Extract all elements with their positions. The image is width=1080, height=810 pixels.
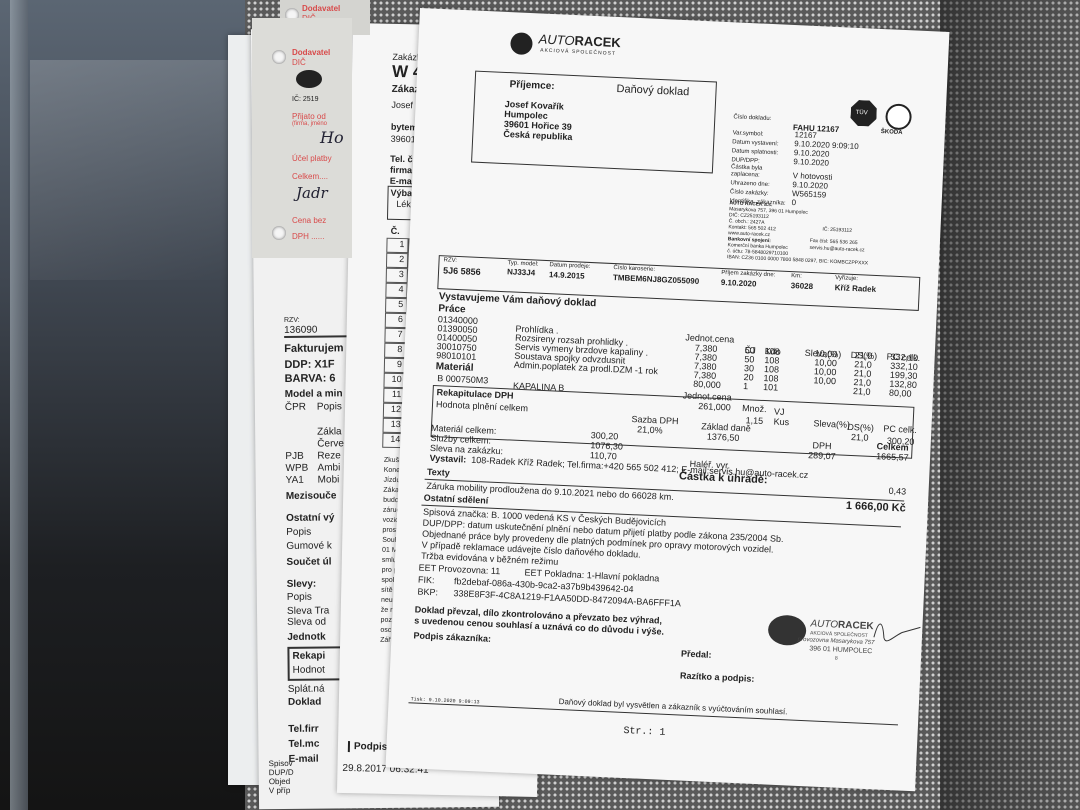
col-cpr: ČPR bbox=[285, 402, 306, 413]
received-date: 9.10.2020 bbox=[721, 278, 757, 289]
popis-2: Popis bbox=[287, 592, 312, 603]
handwriting: Jadr bbox=[296, 184, 328, 202]
handed-label: Předal: bbox=[681, 649, 712, 660]
rounding-value: 0,43 bbox=[888, 486, 906, 497]
subtotal: Mezisouče bbox=[286, 490, 337, 502]
punch-hole bbox=[272, 50, 286, 64]
work-row-cj: 1 bbox=[743, 381, 748, 391]
ddp: DDP: X1F bbox=[284, 358, 334, 371]
due: Splát.ná bbox=[288, 684, 325, 695]
amount-due-value: 1 666,00 Kč bbox=[846, 500, 906, 515]
model-label: Model a min bbox=[285, 388, 343, 400]
invoice-heading: Fakturujem bbox=[284, 342, 343, 355]
material-code: B 000750M3 bbox=[437, 373, 488, 385]
work-row-price: 80,000 bbox=[693, 379, 721, 390]
seat-shadow bbox=[940, 0, 1080, 810]
rzv-label: RZV: bbox=[284, 317, 300, 324]
customer-signature-label: Podpis zákazníka: bbox=[413, 630, 491, 644]
work-order-row-number: 1 bbox=[386, 238, 408, 253]
rubber: Gumové k bbox=[286, 540, 332, 551]
supplier-label: Dodavatel bbox=[292, 48, 330, 57]
skoda-logo-icon bbox=[885, 103, 912, 130]
folder-reflection bbox=[30, 60, 230, 280]
discounts-label: Slevy: bbox=[287, 579, 317, 590]
other-heading: Ostatní sdělení bbox=[424, 493, 489, 506]
recap-vat: 289,07 bbox=[808, 450, 836, 461]
col-no: Č. bbox=[391, 226, 400, 236]
mileage: 36028 bbox=[791, 281, 814, 291]
purpose-label: Účel platby bbox=[292, 154, 332, 163]
doc-number-label: Číslo dokladu: bbox=[733, 114, 771, 122]
doc: Doklad bbox=[288, 697, 321, 708]
work-items: Prohlídka .Rozsireny rozsah prohlidky .S… bbox=[514, 325, 660, 376]
work-row-vat: 21,0 bbox=[853, 386, 871, 397]
license-plate: 5J6 5856 bbox=[443, 265, 481, 277]
texts-heading: Texty bbox=[427, 467, 450, 478]
work-code: 98010101 bbox=[436, 351, 476, 362]
work-row-disc: 10,00 bbox=[813, 375, 836, 386]
tel-mob: Tel.mc bbox=[288, 739, 319, 750]
skoda-label: ŠKODA bbox=[881, 129, 903, 136]
autoracek-logo-icon bbox=[296, 70, 322, 88]
recipient-label: Příjemce: bbox=[509, 79, 554, 92]
autoracek-logo-icon bbox=[510, 32, 533, 55]
page-number: Str.: 1 bbox=[623, 726, 665, 739]
recap-rate: 21,0% bbox=[637, 424, 663, 435]
material-heading: Materiál bbox=[436, 361, 474, 374]
work-row-total: 80,00 bbox=[889, 388, 912, 399]
stamp-label: Razítko a podpis: bbox=[680, 670, 755, 683]
footer-lines: Spisov DUP/D Objed V příp bbox=[269, 759, 294, 795]
stamp-line-2: 396 01 HUMPOLEC bbox=[809, 645, 872, 655]
received-sub: (firma, jméno bbox=[292, 121, 327, 127]
sum-label: Součet úl bbox=[286, 556, 331, 567]
work-codes: 0134000001390050014000503001075098010101 bbox=[436, 315, 478, 362]
work-order-row-number: 5 bbox=[385, 298, 407, 313]
other-label: Ostatní vý bbox=[286, 512, 334, 524]
dic-label: DIČ bbox=[292, 58, 306, 67]
punch-hole bbox=[272, 226, 286, 240]
work-order-row-number: 7 bbox=[384, 328, 406, 343]
work-order-row-number: 2 bbox=[386, 253, 408, 268]
unit-label: Jednotk bbox=[287, 632, 325, 643]
tel-firm: Tel.firr bbox=[288, 724, 319, 735]
value: Hodnot bbox=[293, 665, 325, 676]
plastic-folder bbox=[0, 0, 245, 810]
vat-label: DPH ...... bbox=[292, 232, 324, 241]
price-label: Cena bez bbox=[292, 216, 326, 225]
vin: TMBEM6NJ8GZ055090 bbox=[613, 273, 700, 286]
invoice-meta: Var.symbol:12167Datum vystavení:9.10.202… bbox=[729, 128, 859, 211]
total-label: Celkem.... bbox=[292, 172, 328, 181]
bkp-label: BKP: bbox=[417, 586, 438, 597]
handler: Kříž Radek bbox=[835, 283, 877, 294]
col-popis: Popis bbox=[317, 401, 342, 412]
work-order-row-number: 4 bbox=[385, 283, 407, 298]
received-from-label: Přijato od bbox=[292, 112, 326, 121]
recap-base: 1376,50 bbox=[707, 431, 740, 442]
items-list: Zákla Červe PJBReze WPBAmbi YA1Mobi bbox=[285, 426, 344, 487]
zip: 39601 bbox=[391, 134, 416, 145]
vehicle-model: NJ33J4 bbox=[507, 267, 535, 277]
discount-2: Sleva od bbox=[287, 617, 326, 628]
recap: Rekapi bbox=[292, 651, 325, 662]
supplier-label: Dodavatel bbox=[302, 4, 340, 13]
recipient-address: Josef Kovařík Humpolec 39601 Hořice 39 Č… bbox=[503, 99, 574, 142]
stamp-line-3: 8 bbox=[835, 655, 838, 661]
receipt-slip: Dodavatel DIČ IČ: 2519 Přijato od (firma… bbox=[252, 18, 352, 258]
ic: IČ: 2519 bbox=[292, 96, 318, 103]
discount-1: Sleva Tra bbox=[287, 605, 329, 616]
work-order-row-number: 3 bbox=[386, 268, 408, 283]
work-order-row-number: 6 bbox=[385, 313, 407, 328]
popis: Popis bbox=[286, 527, 311, 538]
tuv-label: TÜV bbox=[856, 110, 868, 117]
color: BARVA: 6 bbox=[285, 372, 336, 385]
recap-total: 1665,57 bbox=[876, 451, 909, 462]
handwriting: Ho bbox=[320, 128, 344, 147]
work-order-row-number: 8 bbox=[384, 343, 406, 358]
signature-icon bbox=[871, 617, 922, 649]
tax-invoice: AUTORACEK AKCIOVÁ SPOLEČNOST Příjemce: J… bbox=[386, 8, 950, 791]
folder-edge bbox=[10, 0, 28, 810]
fik-label: FIK: bbox=[418, 575, 435, 586]
work-row-kdo: 101 bbox=[763, 382, 778, 393]
sale-date: 14.9.2015 bbox=[549, 270, 585, 281]
company-ic: IČ: 25193112 bbox=[822, 226, 852, 233]
